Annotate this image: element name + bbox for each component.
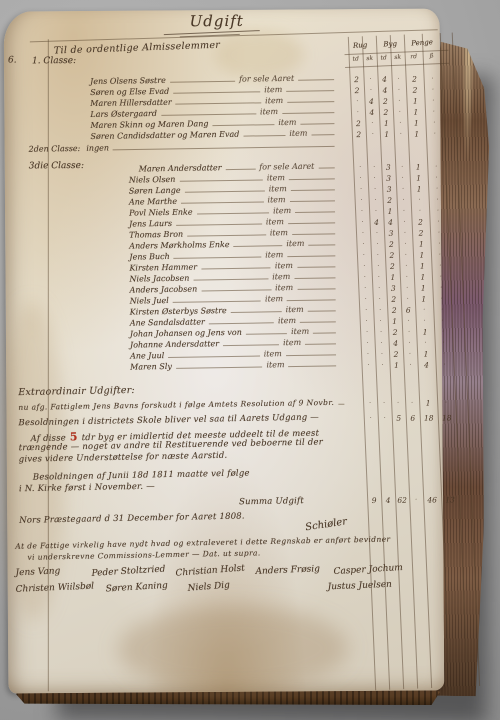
value-cell: 1 [421,399,435,408]
row-ditto: item [269,184,287,193]
value-cell: 2 [379,108,393,117]
grid-header-line [345,63,449,68]
row-ditto: item [275,283,293,292]
value-cell: · [403,350,417,358]
row-dash [193,278,268,280]
signature: Peder Stoltzried [91,564,165,578]
row-ditto: item [265,96,283,105]
row-dash [173,91,260,93]
row-ditto: item [273,206,291,215]
table-header-unit: td [349,55,363,63]
row-name: Ane Sandalsdatter [130,317,205,327]
value-cell: 2 [385,262,399,271]
row-dash [308,310,336,311]
value-cell: · [434,283,448,291]
value-cell: · [427,118,441,126]
paragraph2-line2: i N. Kirke først i November. — [19,482,155,495]
row-dash [168,356,259,358]
table-header-group: Penge [402,38,442,48]
value-cell: 1 [414,240,428,249]
table-header-unit: rd [407,53,421,61]
value-cell: 2 [349,75,363,84]
value-cell: · [393,108,407,116]
value-cell: · [365,119,379,127]
value-cell: 4 [383,218,397,227]
value-cell: 1 [415,262,429,271]
extraordinary-heading: Extraordinair Udgifter: [18,385,135,398]
row-name: Søren og Else Evad [90,87,169,97]
row-ditto: item [260,107,278,116]
value-cell: 2 [407,75,421,84]
row-dash [187,234,266,236]
row-ditto: item [265,294,283,303]
row-ditto: item [267,173,285,182]
value-cell: 1 [415,251,429,260]
row-ditto: item [289,129,307,138]
value-cell: 4 [365,108,379,117]
signature: Christian Holst [175,563,245,578]
row-name: Anders Jacobsen [130,285,198,295]
value-cell: 2 [384,240,398,249]
value-cell: 2 [383,196,397,205]
value-cell: · [426,96,440,104]
value-cell: · [359,295,373,303]
value-cell: 1 [380,130,394,139]
row-dash [286,354,336,356]
value-cell: 1 [409,119,423,128]
row-ditto: item [264,349,282,358]
value-cell: · [368,174,382,182]
value-cell: 4 [389,339,403,348]
value-cell: · [434,272,448,280]
value-cell: 2 [389,350,403,359]
row-ditto: item [270,228,288,237]
table-header-unit: sk [391,54,405,62]
row-dash [297,266,335,268]
value-cell: 2 [414,229,428,238]
value-cell: · [370,229,384,237]
value-cell: · [357,251,371,259]
value-cell: · [374,317,388,325]
value-cell: 5 [392,414,406,423]
value-cell: 1 [416,273,430,282]
value-cell: · [405,399,419,407]
clerk-signature: Schiøler [305,516,348,533]
row-dash [288,222,335,224]
value-cell: 62 [395,496,409,505]
value-cell: · [429,162,443,170]
class1-label: 1. Classe: [32,56,76,66]
value-cell: 2 [387,295,401,304]
value-cell: · [435,294,449,302]
value-cell: 1 [379,119,393,128]
row-dash [295,211,335,213]
value-cell: · [397,207,411,215]
row-dash [318,167,334,168]
row-name: Søren Candidsdatter og Maren Evad [90,130,239,141]
value-cell: · [433,250,447,258]
signature: Anders Frøsig [255,564,320,577]
value-cell: · [436,327,450,335]
value-cell: 4 [369,218,383,227]
value-cell: · [437,338,451,346]
row-name: Jens Laurs [129,219,172,229]
value-cell: · [432,239,446,247]
value-cell: 1 [419,350,433,359]
value-cell: 1 [417,295,431,304]
row-ditto: item [283,338,301,347]
value-cell: · [364,414,378,422]
value-cell: 2 [378,97,392,106]
value-cell: · [399,262,413,270]
value-cell: · [373,306,387,314]
value-cell: 1 [412,174,426,183]
value-cell: 2 [350,86,364,95]
row-dash [338,404,344,405]
row-dash [113,146,335,150]
signature: Søren Kaning [105,581,168,595]
value-cell: · [356,240,370,248]
row-ditto: item [264,85,282,94]
folio-mark: 6. [8,55,17,65]
row-ditto: item [278,316,296,325]
value-cell: · [417,306,431,314]
row-dash [290,200,335,202]
value-cell: 6 [401,306,415,315]
row-dash [308,244,335,245]
row-dash [311,134,334,135]
row-dash [300,321,336,323]
value-cell: · [360,317,374,325]
row-dash [213,124,275,126]
value-cell: · [360,328,374,336]
value-cell: · [393,119,407,127]
value-cell: · [369,207,383,215]
value-cell: 1 [386,273,400,282]
value-cell: · [391,75,405,83]
row-name: Kirsten Østerbys Søstre [130,306,227,317]
page-title: Udgift [152,12,282,31]
value-cell: 4 [377,75,391,84]
row-dash [287,101,334,103]
row-ditto: item [275,261,293,270]
value-cell: 1 [416,284,430,293]
row-name: Kirsten Hammer [129,263,197,273]
value-cell: 6 [406,414,420,423]
value-cell: 2 [413,218,427,227]
row-dash [289,365,337,367]
value-cell: · [369,196,383,204]
row-name: Thomas Bron [129,230,183,240]
value-cell: · [437,360,451,368]
value-cell: 3 [384,229,398,238]
row-dash [181,201,263,203]
value-cell: · [357,262,371,270]
value-cell: 2 [385,251,399,260]
value-cell: · [355,207,369,215]
row-name: Maren Skinn og Maren Dang [90,119,208,130]
row-name: Povl Niels Enke [129,208,193,218]
row-name: Maren Hillersdatter [90,98,172,108]
paragraph1-line4: gives videre Understøttelse for næste Aa… [19,451,228,465]
value-cell: 4 [381,496,395,505]
row-name: Niels Juel [130,296,169,306]
value-cell: · [361,350,375,358]
value-cell: · [359,306,373,314]
value-cell: 3 [382,174,396,183]
row-ditto: item [286,239,304,248]
ledger-row: Maren Slyitem [130,359,340,372]
value-cell: · [366,130,380,138]
value-cell: · [372,284,386,292]
value-cell: · [439,398,453,406]
value-cell: · [402,317,416,325]
value-cell: · [428,129,442,137]
row-ditto: item [265,250,283,259]
row-dash [289,178,335,180]
row-dash [243,135,285,137]
value-cell: · [377,399,391,407]
value-cell: · [371,262,385,270]
value-cell: · [425,74,439,82]
class2-note: ingen [86,143,109,152]
value-cell: 3 [382,185,396,194]
value-cell: 18 [422,414,436,423]
value-cell: 18 [440,413,454,422]
value-cell: · [401,295,415,303]
signature: Christen Wiilsbøl [15,582,94,595]
row-dash [298,79,334,81]
dateline: Nors Præstegaard d 31 December for Aaret… [19,511,245,525]
ledger-page: Udgift 6. Til de ordentlige Almisselemme… [4,8,445,693]
value-cell: · [391,399,405,407]
value-cell: 2 [351,119,365,128]
value-cell: · [430,173,444,181]
row-dash [297,288,335,290]
row-dash [287,299,336,301]
row-dash [231,311,282,313]
row-dash [282,112,334,114]
value-cell: · [413,196,427,204]
value-cell: · [354,174,368,182]
row-dash [176,223,262,225]
value-cell: 13 [443,495,457,504]
value-cell: 4 [364,97,378,106]
value-cell: 1 [388,317,402,326]
value-cell: · [398,229,412,237]
value-cell: 1 [411,163,425,172]
row-name: Lars Østergaard [90,109,157,119]
row-dash [246,333,287,335]
value-cell: · [437,349,451,357]
row-dash [294,277,335,279]
row-dash [179,179,262,181]
value-cell: · [358,273,372,281]
value-cell: 4 [378,86,392,95]
row-name: Anders Mørkholms Enke [129,240,229,251]
value-cell: · [375,361,389,369]
value-cell: · [397,196,411,204]
row-ditto: for sele Aaret [239,74,294,84]
value-cell: · [426,85,440,93]
value-cell: · [363,399,377,407]
value-cell: · [396,174,410,182]
value-cell: · [367,163,381,171]
row-dash [185,190,265,192]
row-dash [170,81,235,83]
value-cell: · [355,196,369,204]
value-cell: · [409,496,423,504]
row-name: Jens Olsens Søstre [90,76,166,86]
value-cell: · [358,284,372,292]
signature: Jens Vang [15,566,60,578]
row-dash [161,113,256,115]
value-cell: 2 [408,86,422,95]
row-ditto: item [291,327,309,336]
row-ditto: item [278,118,296,127]
row-ditto: item [267,195,285,204]
value-cell: · [368,185,382,193]
value-cell: 1 [412,185,426,194]
value-cell: · [431,206,445,214]
value-cell: 2 [352,130,366,139]
paper-stain [118,605,349,693]
row-dash [226,169,256,170]
value-cell: 2 [388,328,402,337]
paragraph2-line1: Besoldningen af Junii 18d 1811 maatte ve… [33,469,250,483]
value-cell: · [403,361,417,369]
row-dash [292,233,335,235]
row-dash [300,123,334,125]
row-dash [223,344,279,346]
class2-label: 2den Classe: [29,144,81,154]
extraordinary-entry: nu afg. Fattiglem Jens Bavns forskudt i … [18,398,336,413]
table-header-group: Rug [346,41,374,51]
row-name: Ane Juul [130,351,164,361]
value-cell: · [372,273,386,281]
attestation-line1: At de Fattige virkelig have nydt hvad og… [15,535,390,551]
table-header-unit: td [377,54,391,62]
row-dash [234,245,283,247]
class2-line: 2den Classe: ingen [29,140,339,155]
value-cell: · [378,414,392,422]
row-dash [173,301,261,303]
value-cell: 1 [418,328,432,337]
value-cell: · [394,130,408,138]
value-cell: · [375,350,389,358]
row-dash [286,90,334,92]
value-cell: · [435,305,449,313]
value-cell: · [399,251,413,259]
value-cell: · [374,328,388,336]
value-cell: 1 [389,361,403,370]
row-name: Ane Marthe [129,197,177,207]
value-cell: 1 [409,108,423,117]
value-cell: · [427,107,441,115]
value-cell: · [361,361,375,369]
table-header-unit: ß [425,52,439,60]
value-cell: · [370,240,384,248]
row-dash [176,366,263,368]
value-cell: · [363,75,377,83]
table-header-unit: sk [363,55,377,63]
value-cell: · [413,207,427,215]
row-dash [291,189,335,191]
row-dash [197,212,269,214]
signature: Niels Dig [187,581,230,594]
row-ditto: for sele Aaret [259,162,314,172]
value-cell: · [373,295,387,303]
summa-label: Summa Udgift [239,496,304,507]
value-cell: · [353,163,367,171]
value-cell: · [430,184,444,192]
value-cell: · [431,195,445,203]
value-cell: · [392,97,406,105]
value-cell: · [351,108,365,116]
value-cell: 1 [410,130,424,139]
value-cell: · [419,339,433,347]
attestation-line2: vi underskrevne Commissions-Lemmer — Dat… [27,548,260,561]
row-name: Maren Andersdatter [139,163,222,173]
value-cell: · [392,86,406,94]
value-cell: 1 [408,97,422,106]
table-header-group: Byg [376,39,404,49]
row-dash [313,332,336,333]
value-cell: 2 [387,306,401,315]
row-ditto: item [286,305,304,314]
value-cell: · [397,218,411,226]
value-cell: · [396,185,410,193]
value-cell: 3 [381,163,395,172]
value-cell: · [418,317,432,325]
row-name: Niels Jacobsen [129,274,189,284]
value-cell: · [361,339,375,347]
row-name: Søren Lange [129,186,181,196]
row-dash [287,255,335,257]
row-dash [201,289,271,291]
value-cell: · [436,316,450,324]
value-cell: · [433,261,447,269]
value-cell: · [402,328,416,336]
row-name: Johan Johansen og Jens von [130,328,242,339]
row-name: Niels Olsen [129,175,176,185]
value-cell: · [395,163,409,171]
value-cell: · [431,217,445,225]
value-cell: · [355,218,369,226]
value-cell: 46 [425,496,439,505]
row-name: Maren Sly [130,362,172,372]
row-name: Jens Buch [129,252,170,262]
paper-stain [214,29,304,80]
value-cell: 1 [383,207,397,216]
value-cell: · [400,284,414,292]
value-cell: 3 [386,284,400,293]
section-heading: Til de ordentlige Almisselemmer [54,40,221,57]
value-cell: · [354,185,368,193]
value-cell: · [398,240,412,248]
row-dash [209,322,274,324]
value-cell: · [375,339,389,347]
row-dash [305,343,336,344]
value-cell: · [403,339,417,347]
row-dash [176,102,261,104]
photograph-of-ledger: Udgift 6. Til de ordentlige Almisselemme… [0,0,500,720]
row-ditto: item [266,360,284,369]
row-dash [174,257,261,259]
value-cell: · [364,86,378,94]
value-cell: · [371,251,385,259]
value-cell: · [356,229,370,237]
